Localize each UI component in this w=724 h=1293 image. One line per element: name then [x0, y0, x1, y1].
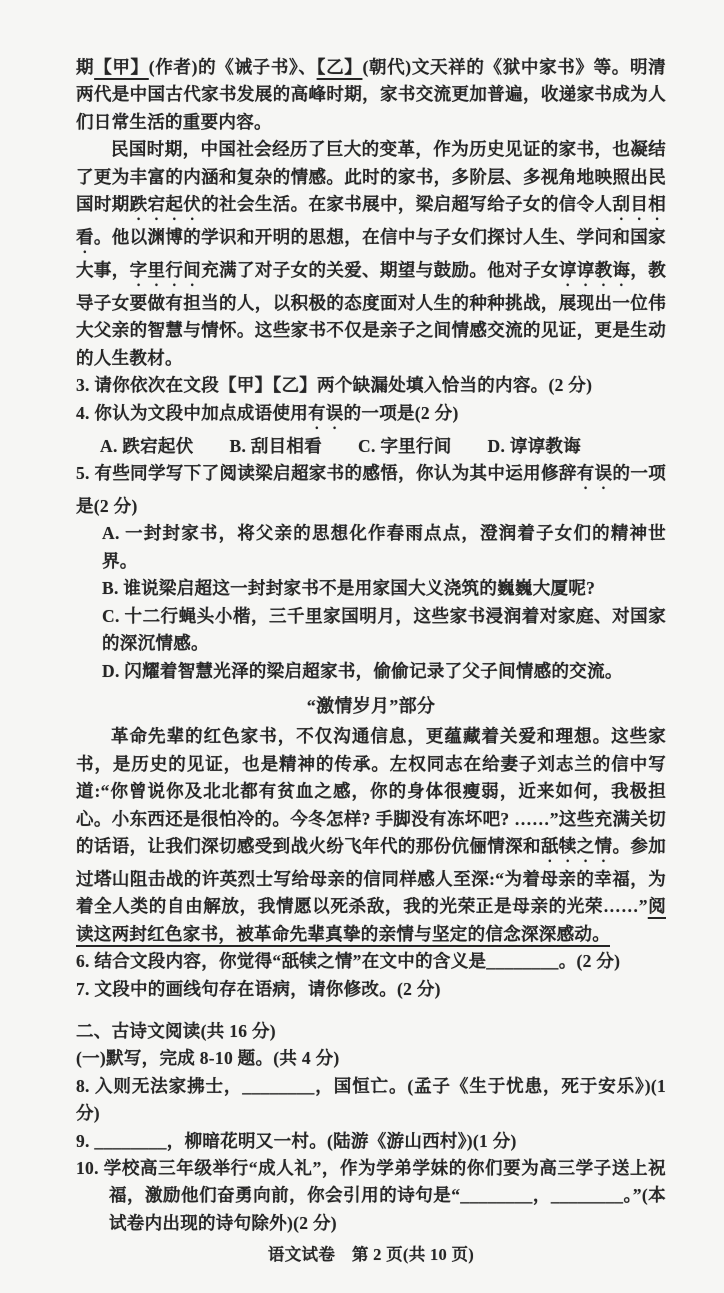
question-5-option-b: B. 谁说梁启超这一封封家书不是用家国大义浇筑的巍巍大厦呢? [76, 575, 666, 602]
question-4: 4. 你认为文段中加点成语使用有误的一项是(2 分) [76, 400, 666, 433]
question-4-text: 4. 你认为文段中加点成语使用 [76, 403, 308, 423]
question-5: 5. 有些同学写下了阅读梁启超家书的感悟，你认为其中运用修辞有误的一项是(2 分… [76, 460, 666, 520]
question-7-text: 7. 文段中的画线句存在语病，请你修改。(2 分) [76, 979, 441, 999]
blank-jia-label: 【甲】 [94, 57, 149, 77]
section-2-subheading: (一)默写，完成 8-10 题。(共 4 分) [76, 1045, 666, 1072]
section-2-heading: 二、古诗文阅读(共 16 分) [76, 1018, 666, 1045]
question-5-option-d: D. 闪耀着智慧光泽的梁启超家书，偷偷记录了父子间情感的交流。 [76, 658, 666, 685]
passage-red-letters: 革命先辈的红色家书，不仅沟通信息，更蕴藏着关爱和理想。这些家书，是历史的见证，也… [76, 723, 666, 948]
section-passionate-years-heading: “激情岁月”部分 [76, 693, 666, 720]
question-4-option-c: C. 字里行间 [358, 433, 452, 460]
question-4-options: A. 跌宕起伏 B. 刮目相看 C. 字里行间 D. 谆谆教诲 [76, 433, 666, 460]
question-4-option-a: A. 跌宕起伏 [100, 433, 194, 460]
page-footer: 语文试卷 第 2 页(共 10 页) [76, 1241, 666, 1268]
question-4-option-d: D. 谆谆教诲 [488, 433, 582, 460]
question-4-text: 的一项是(2 分) [344, 403, 459, 423]
question-5-text: 5. 有些同学写下了阅读梁启超家书的感悟，你认为其中运用修辞 [76, 463, 577, 483]
question-10: 10. 学校高三年级举行“成人礼”，作为学弟学妹的你们要为高三学子送上祝福，激励… [76, 1155, 666, 1237]
question-5-option-a: A. 一封封家书，将父亲的思想化作春雨点点，澄润着子女们的精神世界。 [76, 520, 666, 575]
question-4-option-b: B. 刮目相看 [230, 433, 323, 460]
text-segment: 的社会生活。在家书展中，梁启超写给子女的信令人 [201, 194, 612, 214]
question-8-text: 8. 入则无法家拂士，________，国恒亡。(孟子《生于忧患，死于安乐》)(… [76, 1076, 666, 1123]
passage-modern-letters-para1: 期【甲】(作者)的《诫子书》、【乙】(朝代)文天祥的《狱中家书》等。明清两代是中… [76, 54, 666, 136]
emphasized-idiom-shiduzhiqing: 舐犊之情 [541, 836, 613, 856]
question-6-text: 6. 结合文段内容，你觉得“舐犊之情”在文中的含义是________。(2 分) [76, 951, 620, 971]
question-7: 7. 文段中的画线句存在语病，请你修改。(2 分) [76, 976, 666, 1003]
text-segment: (作者)的《诫子书》、 [149, 57, 317, 77]
question-5-options: A. 一封封家书，将父亲的思想化作春雨点点，澄润着子女们的精神世界。 B. 谁说… [76, 520, 666, 684]
passage-modern-letters-para2: 民国时期，中国社会经历了巨大的变革，作为历史见证的家书，也凝结了更为丰富的内涵和… [76, 136, 666, 372]
question-10-text: 10. 学校高三年级举行“成人礼”，作为学弟学妹的你们要为高三学子送上祝福，激励… [76, 1158, 666, 1233]
text-segment: 充满了对子女的关爱、期望与鼓励。他对子女 [201, 260, 559, 280]
question-3-text: 3. 请你依次在文段【甲】【乙】两个缺漏处填入恰当的内容。(2 分) [76, 375, 592, 395]
question-6: 6. 结合文段内容，你觉得“舐犊之情”在文中的含义是________。(2 分) [76, 948, 666, 975]
question-5-emphasis: 有误 [577, 463, 613, 483]
emphasized-idiom-zilihangjian: 字里行间 [130, 260, 202, 280]
text-segment: 期 [76, 57, 94, 77]
question-5-option-c: C. 十二行蝇头小楷，三千里家国明月，这些家书浸润着对家庭、对国家的深沉情感。 [76, 603, 666, 658]
question-8: 8. 入则无法家拂士，________，国恒亡。(孟子《生于忧患，死于安乐》)(… [76, 1073, 666, 1128]
question-9: 9. ________，柳暗花明又一村。(陆游《游山西村》)(1 分) [76, 1128, 666, 1155]
question-4-emphasis: 有误 [308, 403, 344, 423]
emphasized-idiom-zhunzhunjiaohui: 谆谆教诲 [559, 260, 631, 280]
emphasized-idiom-diedangqifu: 跌宕起伏 [130, 194, 202, 214]
blank-yi-label: 【乙】 [317, 57, 363, 77]
exam-paper-page: 期【甲】(作者)的《诫子书》、【乙】(朝代)文天祥的《狱中家书》等。明清两代是中… [0, 0, 724, 1293]
question-3: 3. 请你依次在文段【甲】【乙】两个缺漏处填入恰当的内容。(2 分) [76, 372, 666, 399]
question-9-text: 9. ________，柳暗花明又一村。(陆游《游山西村》)(1 分) [76, 1131, 517, 1151]
